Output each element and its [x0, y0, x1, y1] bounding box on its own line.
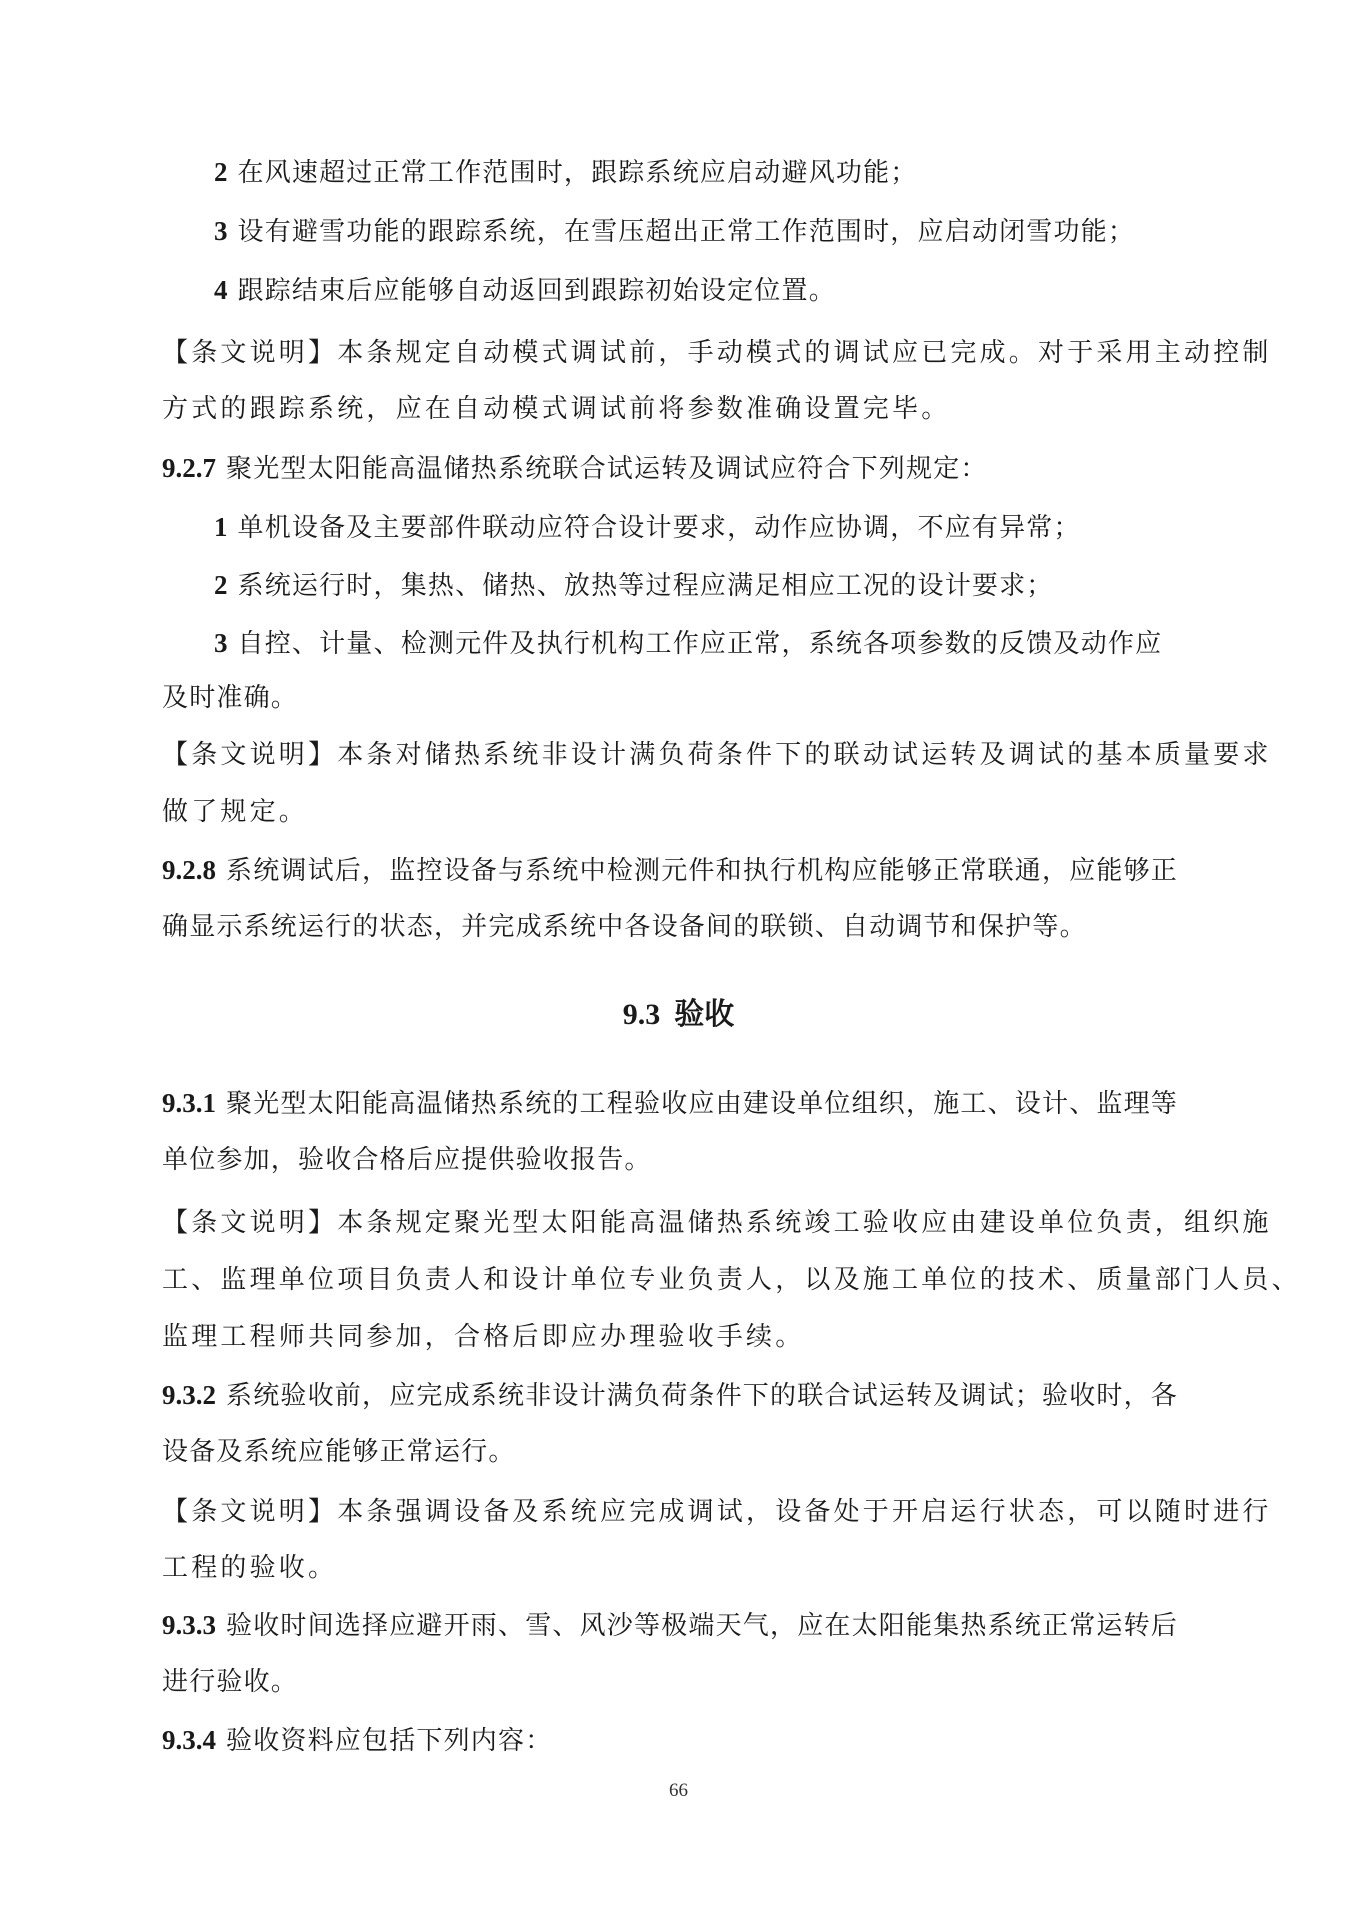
clause-text: 验收时间选择应避开雨、雪、风沙等极端天气，应在太阳能集热系统正常运转后 — [226, 1611, 1178, 1641]
list-item: 2在风速超过正常工作范围时，跟踪系统应启动避风功能； — [214, 155, 918, 190]
item-number: 2 — [214, 157, 228, 187]
clause-number: 9.3.2 — [162, 1380, 216, 1410]
item-text: 跟踪结束后应能够自动返回到跟踪初始设定位置。 — [238, 276, 836, 306]
clause-number: 9.3.3 — [162, 1610, 216, 1640]
clause-explanation: 【条文说明】本条对储热系统非设计满负荷条件下的联动试运转及调试的基本质量要求 — [162, 738, 1272, 772]
item-number: 1 — [214, 512, 228, 542]
paragraph-continuation: 及时准确。 — [162, 681, 298, 715]
clause: 9.3.2系统验收前，应完成系统非设计满负荷条件下的联合试运转及调试；验收时，各 — [162, 1378, 1178, 1413]
list-item: 3自控、计量、检测元件及执行机构工作应正常，系统各项参数的反馈及动作应 — [214, 626, 1162, 661]
clause-text: 聚光型太阳能高温储热系统的工程验收应由建设单位组织，施工、设计、监理等 — [226, 1089, 1178, 1119]
clause-explanation: 工、监理单位项目负责人和设计单位专业负责人，以及施工单位的技术、质量部门人员、 — [162, 1263, 1301, 1297]
clause-explanation: 监理工程师共同参加，合格后即应办理验收手续。 — [162, 1320, 804, 1354]
clause-text: 系统验收前，应完成系统非设计满负荷条件下的联合试运转及调试；验收时，各 — [226, 1381, 1178, 1411]
section-number: 9.3 — [623, 998, 661, 1031]
paragraph-continuation: 设备及系统应能够正常运行。 — [162, 1435, 516, 1469]
paragraph-continuation: 单位参加，验收合格后应提供验收报告。 — [162, 1143, 652, 1177]
page-number: 66 — [0, 1780, 1357, 1802]
item-number: 4 — [214, 275, 228, 305]
item-number: 3 — [214, 216, 228, 246]
document-page: 2在风速超过正常工作范围时，跟踪系统应启动避风功能； 3设有避雪功能的跟踪系统，… — [0, 0, 1357, 1920]
clause-text: 系统调试后，监控设备与系统中检测元件和执行机构应能够正常联通，应能够正 — [226, 856, 1178, 886]
clause: 9.2.8系统调试后，监控设备与系统中检测元件和执行机构应能够正常联通，应能够正 — [162, 853, 1178, 888]
clause-number: 9.3.4 — [162, 1725, 216, 1755]
item-text: 系统运行时，集热、储热、放热等过程应满足相应工况的设计要求； — [238, 571, 1054, 601]
clause-explanation: 方式的跟踪系统，应在自动模式调试前将参数准确设置完毕。 — [162, 392, 950, 426]
item-text: 设有避雪功能的跟踪系统，在雪压超出正常工作范围时，应启动闭雪功能； — [238, 217, 1136, 247]
paragraph-continuation: 进行验收。 — [162, 1665, 298, 1699]
clause-explanation: 【条文说明】本条规定自动模式调试前，手动模式的调试应已完成。对于采用主动控制 — [162, 336, 1272, 370]
item-text: 在风速超过正常工作范围时，跟踪系统应启动避风功能； — [238, 158, 918, 188]
item-text: 自控、计量、检测元件及执行机构工作应正常，系统各项参数的反馈及动作应 — [238, 629, 1163, 659]
paragraph-continuation: 确显示系统运行的状态，并完成系统中各设备间的联锁、自动调节和保护等。 — [162, 910, 1087, 944]
clause: 9.2.7聚光型太阳能高温储热系统联合试运转及调试应符合下列规定： — [162, 451, 988, 486]
section-title: 验收 — [674, 997, 734, 1032]
clause-explanation: 做了规定。 — [162, 795, 308, 829]
clause-number: 9.2.7 — [162, 453, 216, 483]
clause: 9.3.4验收资料应包括下列内容： — [162, 1723, 552, 1758]
clause-explanation: 【条文说明】本条规定聚光型太阳能高温储热系统竣工验收应由建设单位负责，组织施 — [162, 1206, 1272, 1240]
clause: 9.3.3验收时间选择应避开雨、雪、风沙等极端天气，应在太阳能集热系统正常运转后 — [162, 1608, 1178, 1643]
clause: 9.3.1聚光型太阳能高温储热系统的工程验收应由建设单位组织，施工、设计、监理等 — [162, 1086, 1178, 1121]
clause-explanation: 工程的验收。 — [162, 1551, 337, 1585]
list-item: 2系统运行时，集热、储热、放热等过程应满足相应工况的设计要求； — [214, 568, 1054, 603]
item-number: 2 — [214, 570, 228, 600]
clause-text: 验收资料应包括下列内容： — [226, 1726, 552, 1756]
clause-text: 聚光型太阳能高温储热系统联合试运转及调试应符合下列规定： — [226, 454, 988, 484]
list-item: 4跟踪结束后应能够自动返回到跟踪初始设定位置。 — [214, 273, 836, 308]
clause-explanation: 【条文说明】本条强调设备及系统应完成调试，设备处于开启运行状态，可以随时进行 — [162, 1495, 1272, 1529]
item-text: 单机设备及主要部件联动应符合设计要求，动作应协调，不应有异常； — [238, 513, 1081, 543]
list-item: 3设有避雪功能的跟踪系统，在雪压超出正常工作范围时，应启动闭雪功能； — [214, 214, 1135, 249]
item-number: 3 — [214, 628, 228, 658]
list-item: 1单机设备及主要部件联动应符合设计要求，动作应协调，不应有异常； — [214, 510, 1081, 545]
section-heading: 9.3验收 — [0, 995, 1357, 1035]
clause-number: 9.2.8 — [162, 855, 216, 885]
clause-number: 9.3.1 — [162, 1088, 216, 1118]
